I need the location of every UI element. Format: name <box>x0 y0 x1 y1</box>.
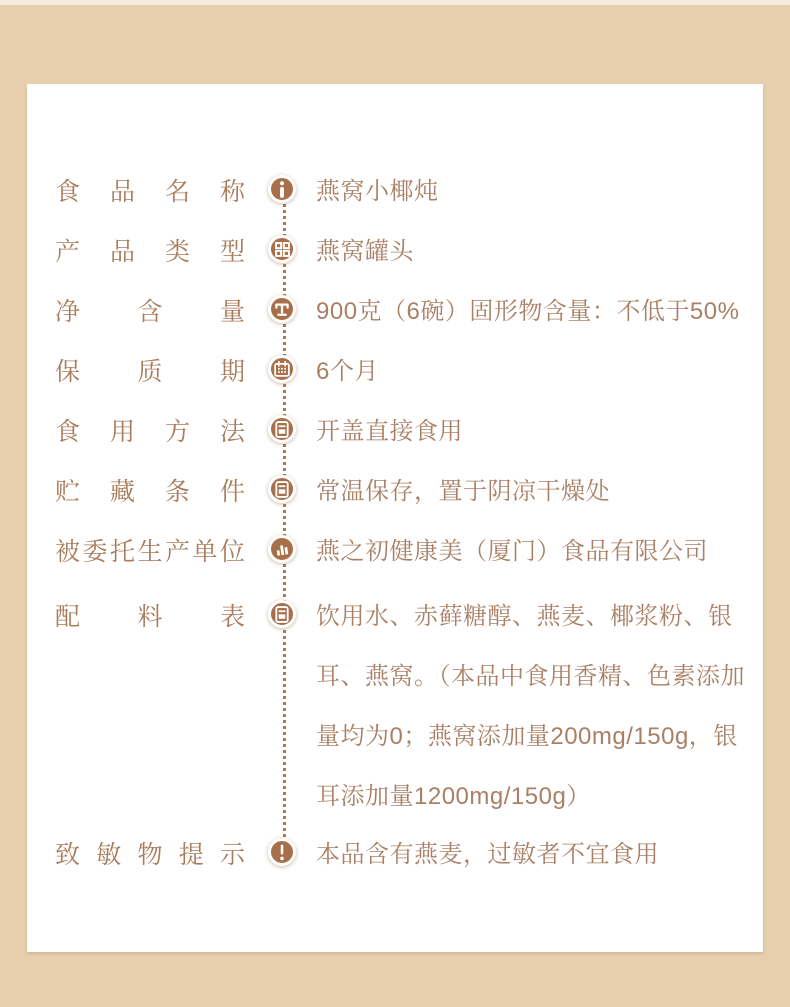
row-value: 燕之初健康美（厦门）食品有限公司 <box>316 537 771 567</box>
row-value: 饮用水、赤藓糖醇、燕麦、椰浆粉、银耳、燕窝。（本品中食用香精、色素添加量均为0；… <box>316 587 754 827</box>
row-label: 保质期 <box>55 357 245 387</box>
document-icon <box>268 600 296 628</box>
top-accent-strip <box>0 0 790 5</box>
calendar-icon <box>268 355 296 383</box>
row-label: 食品名称 <box>55 177 245 207</box>
row-value: 6个月 <box>316 357 771 387</box>
row-value: 燕窝小椰炖 <box>316 177 771 207</box>
row-label: 被委托生产单位 <box>55 537 245 567</box>
row-value: 900克（6碗）固形物含量：不低于50% <box>316 297 771 327</box>
row-label: 贮藏条件 <box>55 477 245 507</box>
row-label: 致敏物提示 <box>55 840 245 870</box>
product-info-card: 食品名称 燕窝小椰炖 产品类型 燕窝罐头 <box>27 84 763 952</box>
product-info-page: 食品名称 燕窝小椰炖 产品类型 燕窝罐头 <box>0 0 790 1007</box>
row-label: 净含量 <box>55 297 245 327</box>
row-label: 产品类型 <box>55 237 245 267</box>
alert-icon <box>268 838 296 866</box>
row-value: 本品含有燕麦，过敏者不宜食用 <box>316 840 771 870</box>
row-value: 燕窝罐头 <box>316 237 771 267</box>
timeline-dotted-line <box>283 192 286 855</box>
info-icon <box>268 175 296 203</box>
grid-icon <box>268 235 296 263</box>
document-icon <box>268 415 296 443</box>
bar-chart-icon <box>268 535 296 563</box>
row-label: 配料表 <box>55 602 245 632</box>
scale-icon <box>268 295 296 323</box>
row-value: 开盖直接食用 <box>316 417 771 447</box>
row-label: 食用方法 <box>55 417 245 447</box>
row-value: 常温保存，置于阴凉干燥处 <box>316 477 771 507</box>
document-icon <box>268 475 296 503</box>
